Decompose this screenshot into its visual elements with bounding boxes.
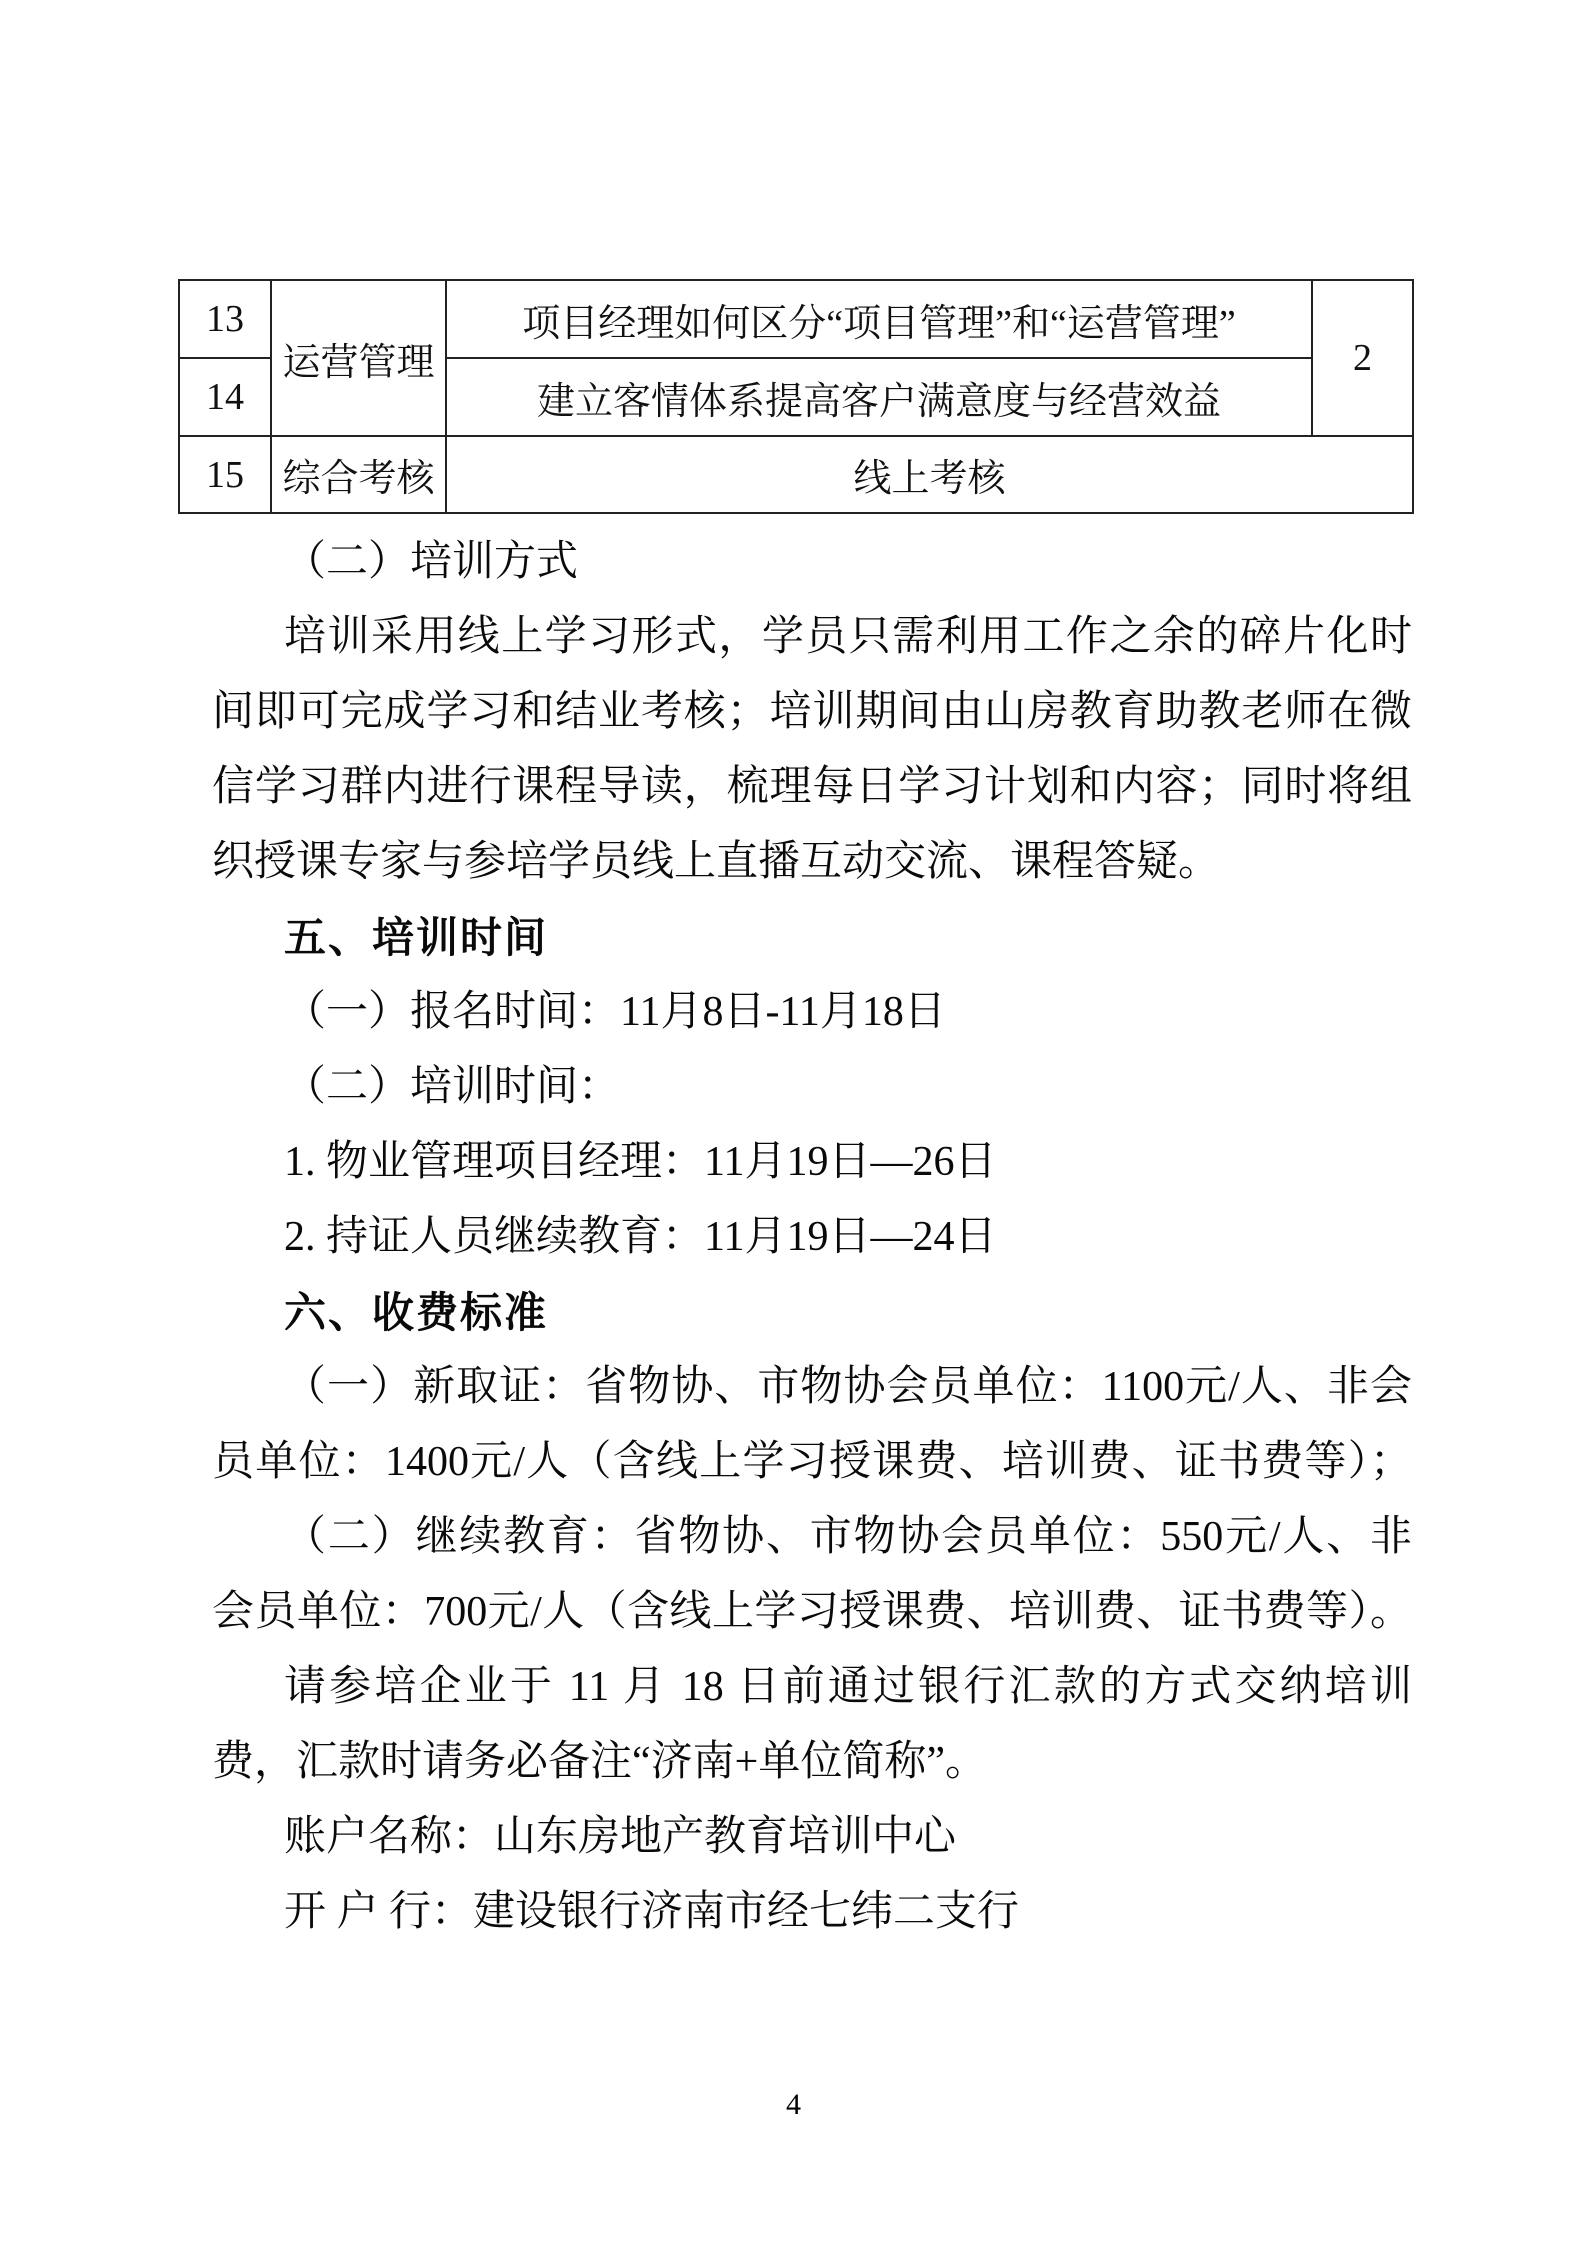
subheading-training-method: （二）培训方式 [212, 525, 1412, 600]
paragraph-line: 信学习群内进行课程导读，梳理每日学习计划和内容；同时将组 [212, 750, 1412, 825]
paragraph-line: 培训采用线上学习形式，学员只需利用工作之余的碎片化时 [212, 600, 1412, 675]
course-row-number: 14 [179, 358, 271, 436]
table-row: 15 综合考核 线上考核 [179, 436, 1413, 513]
fee-line: 员单位：1400元/人（含线上学习授课费、培训费、证书费等）； [212, 1425, 1412, 1500]
document-page: 13 运营管理 项目经理如何区分“项目管理”和“运营管理” 2 14 建立客情体… [0, 0, 1587, 2245]
heading-fee-standard: 六、收费标准 [212, 1275, 1412, 1350]
paragraph-line: 间即可完成学习和结业考核；培训期间由山房教育助教老师在微 [212, 675, 1412, 750]
paragraph-line: 织授课专家与参培学员线上直播互动交流、课程答疑。 [212, 825, 1412, 900]
registration-time-line: （一）报名时间：11月8日-11月18日 [212, 975, 1412, 1050]
course-row-number: 15 [179, 436, 271, 513]
fee-line: （一）新取证：省物协、市物协会员单位：1100元/人、非会 [212, 1350, 1412, 1425]
account-name-line: 账户名称：山东房地产教育培训中心 [212, 1800, 1412, 1875]
training-time-item-1: 1. 物业管理项目经理：11月19日—26日 [212, 1125, 1412, 1200]
heading-training-time: 五、培训时间 [212, 900, 1412, 975]
course-schedule-table: 13 运营管理 项目经理如何区分“项目管理”和“运营管理” 2 14 建立客情体… [178, 279, 1414, 514]
course-topic: 线上考核 [446, 436, 1413, 513]
course-topic: 建立客情体系提高客户满意度与经营效益 [446, 358, 1312, 436]
fee-line: （二）继续教育：省物协、市物协会员单位：550元/人、非 [212, 1500, 1412, 1575]
payment-instruction-line: 请参培企业于 11 月 18 日前通过银行汇款的方式交纳培训 [212, 1650, 1412, 1725]
training-time-item-2: 2. 持证人员继续教育：11月19日—24日 [212, 1200, 1412, 1275]
training-time-label-line: （二）培训时间： [212, 1050, 1412, 1125]
table-row: 13 运营管理 项目经理如何区分“项目管理”和“运营管理” 2 [179, 280, 1413, 358]
bank-branch-line: 开 户 行：建设银行济南市经七纬二支行 [212, 1875, 1412, 1950]
course-category: 综合考核 [271, 436, 446, 513]
payment-instruction-line: 费，汇款时请务必备注“济南+单位简称”。 [212, 1725, 1412, 1800]
course-topic: 项目经理如何区分“项目管理”和“运营管理” [446, 280, 1312, 358]
document-body: （二）培训方式 培训采用线上学习形式，学员只需利用工作之余的碎片化时 间即可完成… [212, 525, 1412, 1950]
fee-line: 会员单位：700元/人（含线上学习授课费、培训费、证书费等）。 [212, 1575, 1412, 1650]
course-category: 运营管理 [271, 280, 446, 436]
course-row-number: 13 [179, 280, 271, 358]
course-hours: 2 [1312, 280, 1413, 436]
page-number: 4 [0, 2085, 1587, 2125]
